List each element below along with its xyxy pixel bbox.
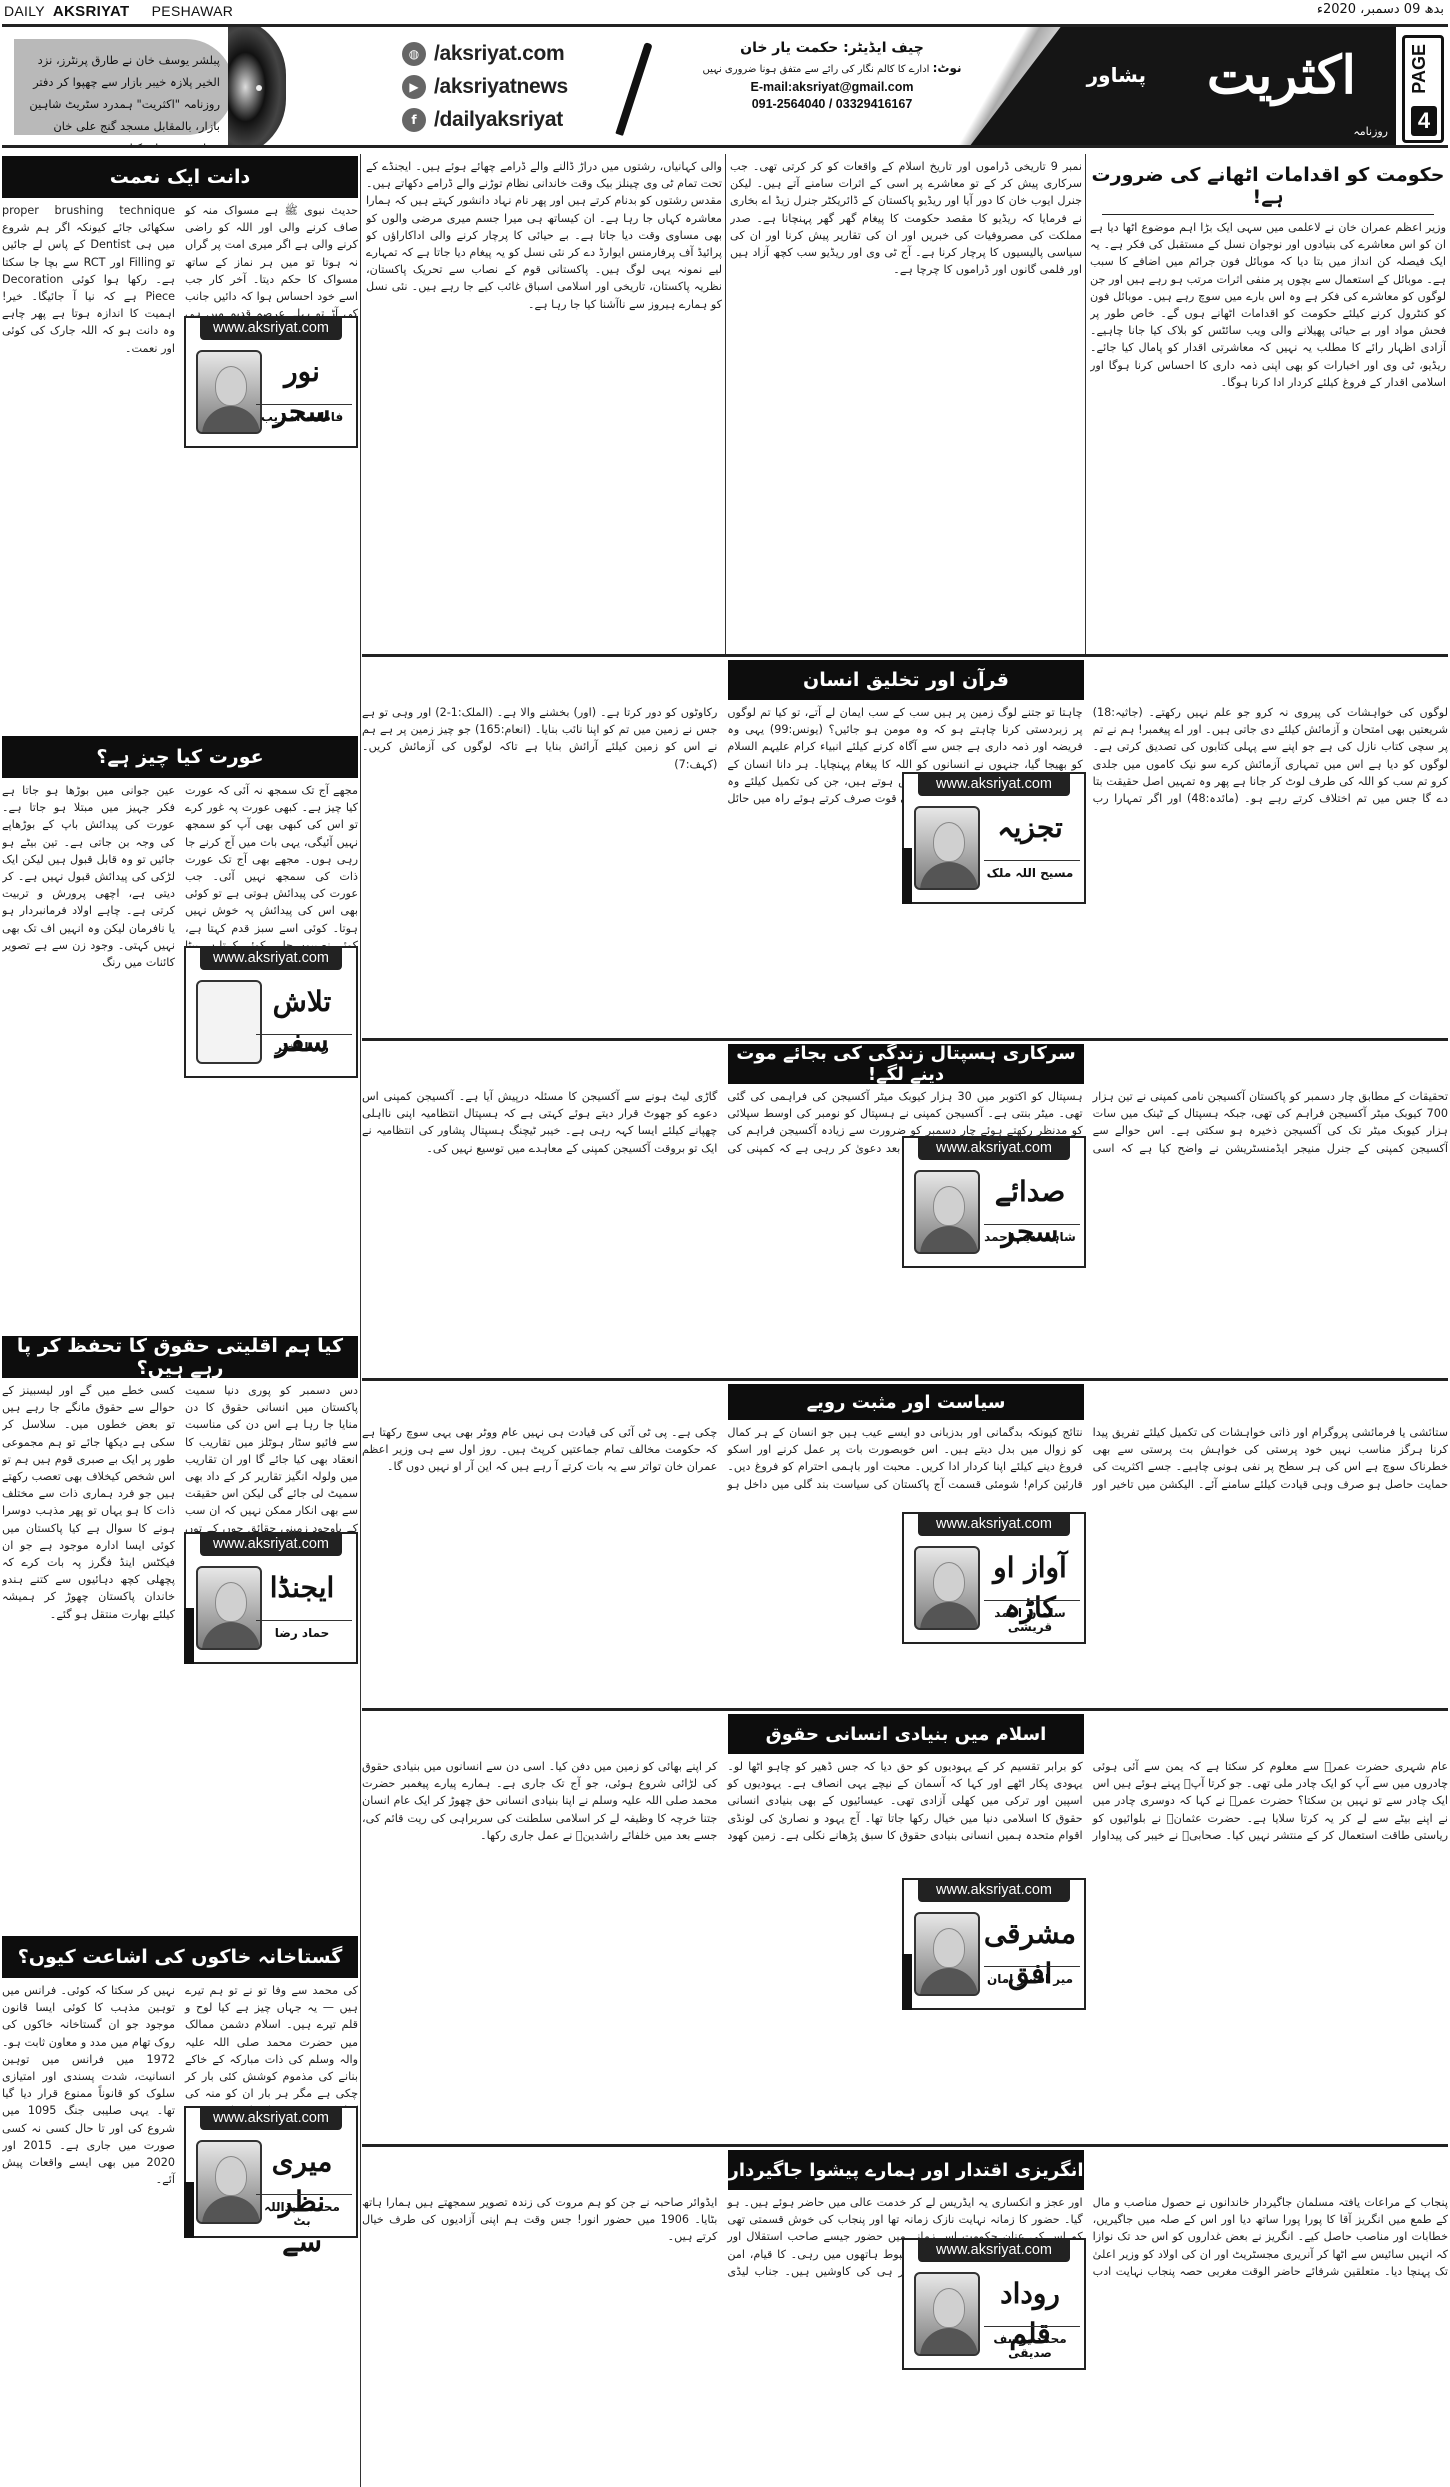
pen-icon xyxy=(615,42,652,136)
site-url: www.aksriyat.com xyxy=(200,1532,342,1556)
divider xyxy=(984,1966,1080,1967)
author-name: میر افسر امان xyxy=(984,1972,1076,1986)
article-hospital: سرکاری ہسپتال زندگی کی بجائے موت دینے لگ… xyxy=(362,1044,1448,1374)
article-politics: سیاست اور مثبت رویے ستائشی یا فرمائشی پر… xyxy=(362,1384,1448,1714)
section-divider xyxy=(362,1708,1448,1711)
youtube-icon: ▶ xyxy=(402,75,426,99)
article-human-rights: اسلام میں بنیادی انسانی حقوق عام شہری حض… xyxy=(362,1714,1448,2140)
column-byline: www.aksriyat.com ایجنڈا حماد رضا xyxy=(184,1532,358,1664)
social-link-youtube[interactable]: ▶ /aksriyatnews xyxy=(402,70,568,103)
column-byline: www.aksriyat.com آواز او کاڑہ سلمان احمد… xyxy=(902,1512,1086,1644)
divider xyxy=(256,1034,352,1035)
article-british-rule: انگریزی اقتدار اور ہمارے پیشوا جاگیردار … xyxy=(362,2150,1448,2486)
divider xyxy=(984,1224,1080,1225)
article-title: سرکاری ہسپتال زندگی کی بجائے موت دینے لگ… xyxy=(728,1044,1084,1084)
section-divider xyxy=(362,654,1448,657)
issue-date: بدھ 09 دسمبر، 2020ء xyxy=(1317,2,1444,17)
social-label: /aksriyat.com xyxy=(434,42,564,66)
quill-icon xyxy=(196,980,262,1064)
publisher-note: پبلشر یوسف خان نے طارق پرنٹرز، نزد الخیر… xyxy=(14,39,234,135)
vinyl-dot xyxy=(256,85,262,91)
column-name: ایجنڈا xyxy=(256,1568,348,1608)
author-name: شاہد ندیم احمد xyxy=(984,1230,1076,1244)
article-title: قرآن اور تخلیق انسان xyxy=(728,660,1084,700)
column-byline: www.aksriyat.com مشرقی افق میر افسر امان xyxy=(902,1878,1086,2010)
author-photo xyxy=(914,2272,980,2356)
column-byline: www.aksriyat.com صدائے سحر شاہد ندیم احم… xyxy=(902,1136,1086,1268)
divider xyxy=(1102,214,1434,215)
site-url: www.aksriyat.com xyxy=(200,946,342,970)
column-divider xyxy=(725,154,726,654)
social-links: ◍ /aksriyat.com ▶ /aksriyatnews f /daily… xyxy=(402,37,568,136)
section-divider xyxy=(362,1378,1448,1381)
site-url: www.aksriyat.com xyxy=(918,1878,1070,1902)
site-url: www.aksriyat.com xyxy=(918,1512,1070,1536)
masthead: پبلشر یوسف خان نے طارق پرنٹرز، نزد الخیر… xyxy=(2,24,1448,148)
author-photo xyxy=(196,350,262,434)
column-byline: www.aksriyat.com روداد قلم محمد یوسف صدی… xyxy=(902,2238,1086,2370)
social-link-facebook[interactable]: f /dailyaksriyat xyxy=(402,103,568,136)
article-title: کیا ہم اقلیتی حقوق کا تحفظ کر پا رہے ہیں… xyxy=(2,1336,358,1378)
page-number: 4 xyxy=(1411,106,1437,136)
author-photo xyxy=(914,1912,980,1996)
sidebar-article-woman: عورت کیا چیز ہے؟ مجھے آج تک سمجھ نہ آئی … xyxy=(2,736,358,1316)
article-title: دانت ایک نعمت xyxy=(2,156,358,198)
site-url: www.aksriyat.com xyxy=(200,2106,342,2130)
author-photo xyxy=(914,806,980,890)
globe-icon: ◍ xyxy=(402,42,426,66)
article-title: گستاخانہ خاکوں کی اشاعت کیوں؟ xyxy=(2,1936,358,1978)
sidebar-article-teeth: دانت ایک نعمت حدیث نبوی ﷺ ہے مسواک منہ ک… xyxy=(2,156,358,696)
author-photo xyxy=(914,1546,980,1630)
editorial-body: وزیر اعظم عمران خان نے لاعلمی میں سہی ای… xyxy=(1090,219,1446,391)
logo-daily: روزنامہ xyxy=(1353,125,1388,138)
article-title: عورت کیا چیز ہے؟ xyxy=(2,736,358,778)
top-line: DAILY AKSRIYAT PESHAWAR بدھ 09 دسمبر، 20… xyxy=(0,0,1450,22)
page-tab: PAGE 4 xyxy=(1402,35,1444,143)
column-divider xyxy=(1085,154,1086,654)
paper-name: AKSRIYAT xyxy=(53,3,130,20)
site-url: www.aksriyat.com xyxy=(918,2238,1070,2262)
editorial-title: حکومت کو اقدامات اٹھانے کی ضرورت ہے! xyxy=(1090,156,1446,208)
author-name: حماد رضا xyxy=(256,1626,348,1640)
article-title: انگریزی اقتدار اور ہمارے پیشوا جاگیردار xyxy=(728,2150,1084,2190)
site-url: www.aksriyat.com xyxy=(918,772,1070,796)
column-byline: www.aksriyat.com تلاش سفر رعنا اختر xyxy=(184,946,358,1078)
author-photo xyxy=(914,1170,980,1254)
author-photo xyxy=(196,1566,262,1650)
newspaper-logo: اکثریت xyxy=(1207,45,1356,106)
author-name: فاطمہ اے زیب xyxy=(256,410,348,424)
facebook-icon: f xyxy=(402,108,426,132)
article-body: والی کہانیاں، رشتوں میں دراڑ ڈالنے والے … xyxy=(366,158,722,313)
page-label: PAGE xyxy=(1409,44,1430,94)
site-url: www.aksriyat.com xyxy=(200,316,342,340)
paper-prefix: DAILY xyxy=(4,3,45,19)
column-name: تجزیہ xyxy=(984,808,1076,848)
note-text: ادارے کا کالم نگار کی رائے سے متفق ہونا … xyxy=(702,64,929,75)
author-name: محمد عبداللہ بٹ xyxy=(256,2200,348,2228)
sidebar-article-cartoons: گستاخانہ خاکوں کی اشاعت کیوں؟ کی محمد سے… xyxy=(2,1936,358,2486)
tv-dramas-article: والی کہانیاں، رشتوں میں دراڑ ڈالنے والے … xyxy=(366,158,722,652)
article-quran: قرآن اور تخلیق انسان لوگوں کی خواہشات کی… xyxy=(362,660,1448,1035)
divider xyxy=(984,860,1080,861)
column-byline: www.aksriyat.com تجزیہ مسیح اللہ ملک xyxy=(902,772,1086,904)
article-title: اسلام میں بنیادی انسانی حقوق xyxy=(728,1714,1084,1754)
column-divider xyxy=(360,154,361,2487)
social-label: /aksriyatnews xyxy=(434,75,568,99)
section-divider xyxy=(362,2144,1448,2147)
sidebar-article-minority-rights: کیا ہم اقلیتی حقوق کا تحفظ کر پا رہے ہیں… xyxy=(2,1336,358,1918)
article-body: نمبر 9 تاریخی ڈراموں اور تاریخ اسلام کے … xyxy=(730,158,1082,278)
author-name: سلمان احمد قریشی xyxy=(984,1606,1076,1634)
author-name: محمد یوسف صدیقی xyxy=(984,2332,1076,2360)
author-photo xyxy=(196,2140,262,2224)
paper-city: PESHAWAR xyxy=(152,3,234,19)
article-title: سیاست اور مثبت رویے xyxy=(728,1384,1084,1420)
social-link-website[interactable]: ◍ /aksriyat.com xyxy=(402,37,568,70)
author-name: رعنا اختر xyxy=(256,1040,348,1054)
editorial-continued: نمبر 9 تاریخی ڈراموں اور تاریخ اسلام کے … xyxy=(730,158,1082,652)
logo-city: پشاور xyxy=(1087,63,1146,87)
section-divider xyxy=(362,1038,1448,1041)
paper-identity: DAILY AKSRIYAT PESHAWAR xyxy=(4,3,233,20)
editorial: حکومت کو اقدامات اٹھانے کی ضرورت ہے! وزی… xyxy=(1090,156,1446,652)
divider xyxy=(256,1620,352,1621)
divider xyxy=(256,404,352,405)
divider xyxy=(984,2326,1080,2327)
site-url: www.aksriyat.com xyxy=(918,1136,1070,1160)
column-byline: www.aksriyat.com نور سحر فاطمہ اے زیب xyxy=(184,316,358,448)
column-byline: www.aksriyat.com میری نظر سے محمد عبدالل… xyxy=(184,2106,358,2238)
author-name: مسیح اللہ ملک xyxy=(984,866,1076,880)
social-label: /dailyaksriyat xyxy=(434,108,563,132)
divider xyxy=(256,2194,352,2195)
divider xyxy=(984,1600,1080,1601)
